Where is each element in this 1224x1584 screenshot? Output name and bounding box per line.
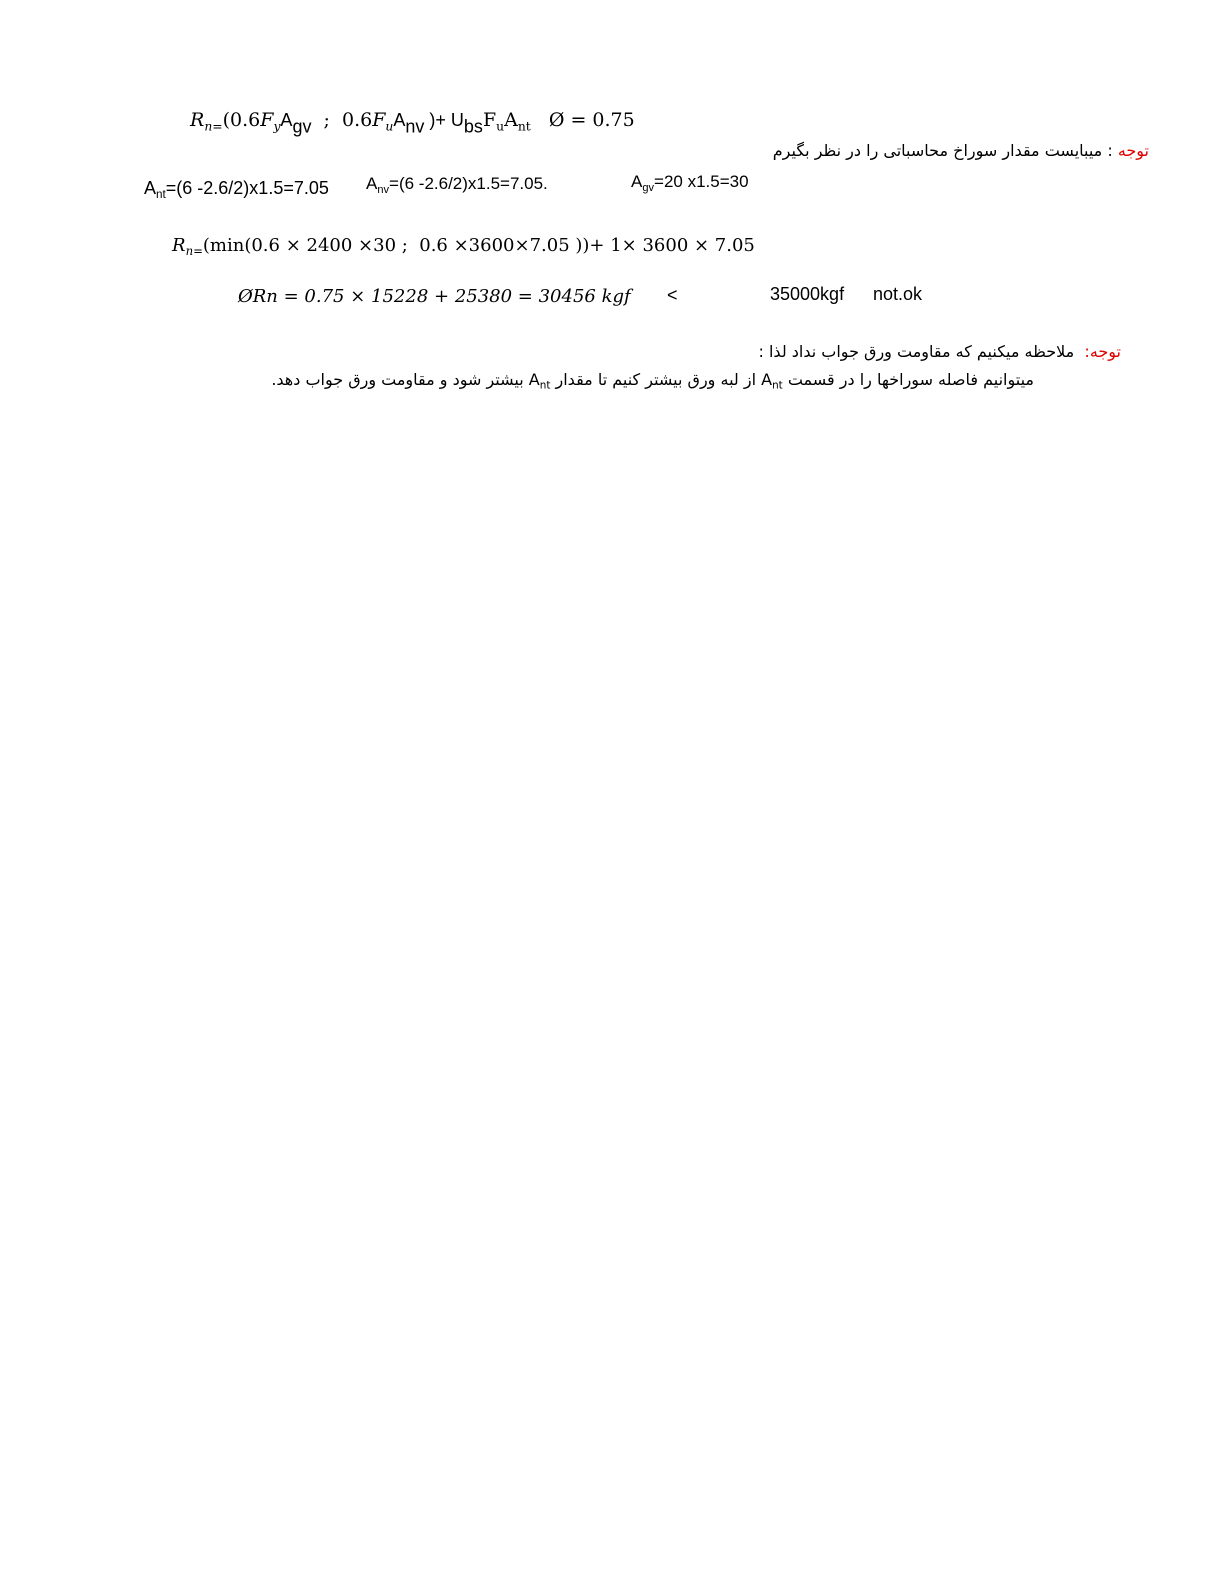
design-strength-result: ØRn = 0.75 × 15228 + 25380 = 30456 kgf [238,286,631,307]
agv-expression: =20 x1.5=30 [654,172,749,191]
area-ant: Ant=(6 -2.6/2)x1.5=7.05 [144,178,329,199]
note-hole-size: توجه : میبایست مقدار سوراخ محاسباتی را د… [773,141,1149,160]
note-text: میتوانیم فاصله سوراخها را در قسمت [783,370,1034,389]
agv-symbol: A [280,110,292,130]
fy-symbol: F [260,109,273,131]
ant-symbol: A [504,109,518,131]
area-agv: Agv=20 x1.5=30 [631,172,749,192]
ant-subscript: nt [518,119,531,133]
ant-subscript: nt [772,380,783,392]
ant-expression: =(6 -2.6/2)x1.5=7.05 [166,178,329,198]
anv-symbol: A [393,110,405,130]
note-conclusion: توجه: ملاحظه میکنیم که مقاومت ورق جواب ن… [759,342,1122,361]
agv-subscript: gv [292,116,311,136]
anv-subscript: nv [377,184,389,196]
anv-symbol: A [366,174,377,193]
rn-subscript: n= [186,244,203,258]
fu-subscript: u [496,119,504,133]
rn-symbol: R [190,109,204,131]
agv-symbol: A [631,172,642,191]
ant-symbol: A [144,178,156,198]
ant-symbol: A [761,370,772,389]
note-label: توجه: [1084,342,1121,361]
result-expression: ØRn = 0.75 × 15228 + 25380 = 30456 kgf [238,286,631,307]
fu-symbol: F [483,109,496,131]
formula-part: (0.6 [223,109,261,131]
agv-subscript: gv [642,182,654,194]
note-text: بیشتر شود و مقاومت ورق جواب دهد. [271,370,528,389]
ant-subscript: nt [156,188,166,201]
block-shear-formula: Rn=(0.6FyAgv ; 0.6FuAnv )+ UbsFuAnt Ø = … [190,109,635,131]
ubs-subscript: bs [464,116,483,136]
status-text: not.ok [873,284,922,305]
note-text: : میبایست مقدار سوراخ محاسباتی را در نظر… [773,141,1118,160]
comparator: < [667,285,678,306]
ant-subscript: nt [540,380,551,392]
formula-part: )+ U [424,110,464,130]
substitution-expression: (min(0.6 × 2400 ×30 ; 0.6 ×3600×7.05 ))+… [203,235,755,256]
rn-symbol: R [172,235,186,256]
note-conclusion-line2: میتوانیم فاصله سوراخها را در قسمت Ant از… [271,370,1034,389]
ant-symbol: A [529,370,540,389]
area-anv: Anv=(6 -2.6/2)x1.5=7.05. [366,174,548,194]
anv-subscript: nv [405,116,424,136]
phi-value: Ø = 0.75 [531,109,635,131]
block-shear-substitution: Rn=(min(0.6 × 2400 ×30 ; 0.6 ×3600×7.05 … [172,235,755,256]
note-text: از لبه ورق بیشتر کنیم تا مقدار [550,370,761,389]
fu-symbol: F [372,109,385,131]
rn-subscript: n= [204,119,222,133]
note-label: توجه [1118,141,1149,160]
anv-expression: =(6 -2.6/2)x1.5=7.05. [389,174,548,193]
note-text: ملاحظه میکنیم که مقاومت ورق جواب نداد لذ… [759,342,1085,361]
formula-part: ; 0.6 [311,109,372,131]
demand-value: 35000kgf [770,284,844,305]
